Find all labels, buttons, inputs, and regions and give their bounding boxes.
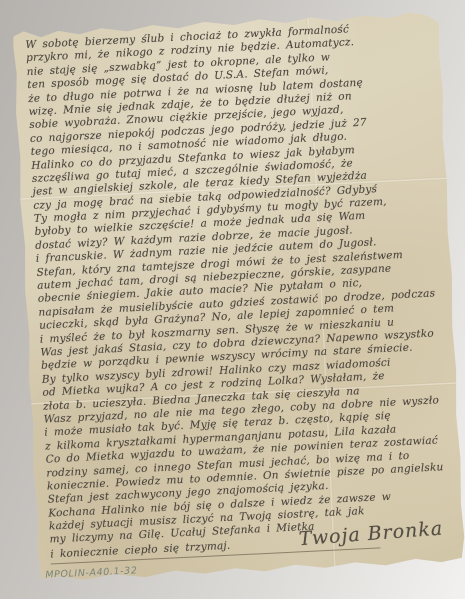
- letter-body: W sobotę bierzemy ślub i chociaż to zwyk…: [25, 19, 457, 576]
- scanned-letter-photo: W sobotę bierzemy ślub i chociaż to zwyk…: [0, 0, 465, 599]
- letter-page: W sobotę bierzemy ślub i chociaż to zwyk…: [11, 9, 465, 585]
